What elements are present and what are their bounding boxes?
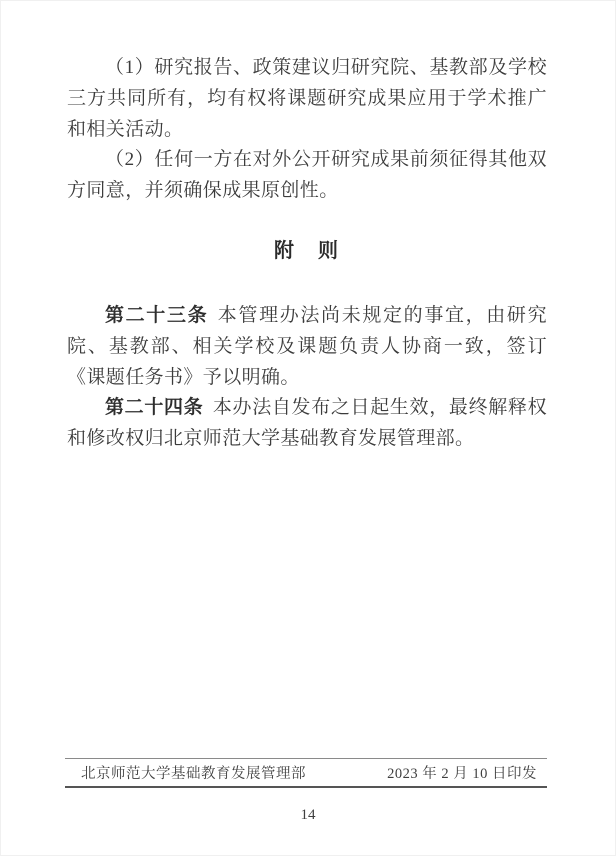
page-footer: 北京师范大学基础教育发展管理部 2023 年 2 月 10 日印发 — [65, 758, 547, 788]
article-24-term: 第二十四条 — [105, 397, 203, 418]
page-number: 14 — [1, 807, 615, 824]
document-content: （1）研究报告、政策建议归研究院、基教部及学校三方共同所有，均有权将课题研究成果… — [67, 53, 547, 455]
clause-1-paragraph: （1）研究报告、政策建议归研究院、基教部及学校三方共同所有，均有权将课题研究成果… — [67, 53, 547, 145]
footer-issuer: 北京师范大学基础教育发展管理部 — [81, 762, 306, 783]
clause-2-paragraph: （2）任何一方在对外公开研究成果前须征得其他双方同意，并须确保成果原创性。 — [67, 145, 547, 207]
article-24-paragraph: 第二十四条本办法自发布之日起生效，最终解释权和修改权归北京师范大学基础教育发展管… — [67, 393, 547, 455]
article-23-term: 第二十三条 — [105, 305, 208, 326]
document-page: （1）研究报告、政策建议归研究院、基教部及学校三方共同所有，均有权将课题研究成果… — [0, 0, 616, 856]
footer-print-date: 2023 年 2 月 10 日印发 — [387, 762, 537, 783]
section-heading-supplementary-provisions: 附 则 — [67, 234, 547, 263]
article-23-paragraph: 第二十三条本管理办法尚未规定的事宜，由研究院、基教部、相关学校及课题负责人协商一… — [67, 301, 547, 393]
